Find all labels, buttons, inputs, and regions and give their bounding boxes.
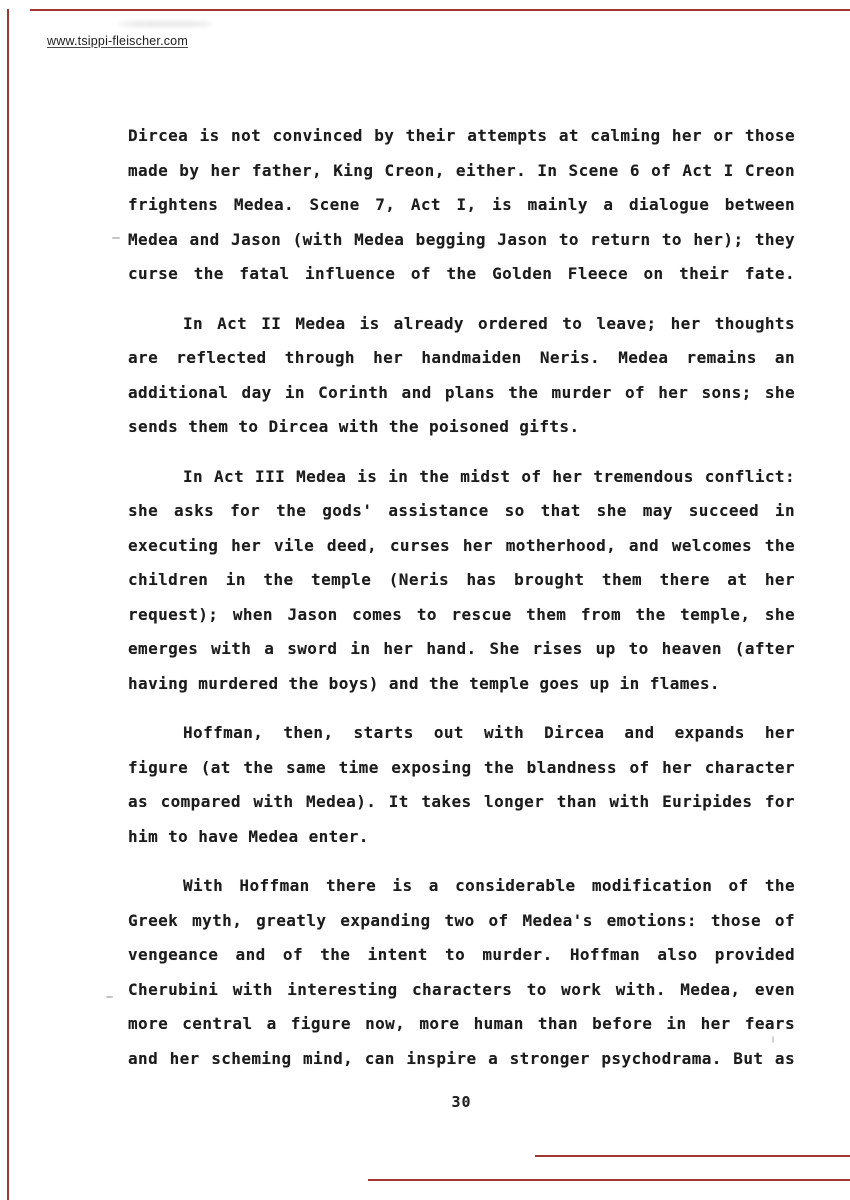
annotation-line-top	[30, 9, 850, 11]
text-block: Dircea is not convinced by their attempt…	[128, 119, 795, 1076]
text-line: curse the fatal influence of the Golden …	[128, 257, 795, 292]
text-line: additional day in Corinth and plans the …	[128, 376, 795, 411]
text-line: are reflected through her handmaiden Ner…	[128, 341, 795, 376]
page-number: 30	[128, 1093, 795, 1111]
text-line: she asks for the gods' assistance so tha…	[128, 494, 795, 529]
document-page: www.tsippi-fleischer.com Dircea is not c…	[0, 0, 850, 1200]
text-line: figure (at the same time exposing the bl…	[128, 751, 795, 786]
text-line: him to have Medea enter.	[128, 820, 795, 855]
paragraph: Dircea is not convinced by their attempt…	[128, 119, 795, 292]
scan-smudge-artifact	[118, 21, 213, 27]
scan-dash-artifact	[112, 237, 120, 239]
paragraph: With Hoffman there is a considerable mod…	[128, 869, 795, 1076]
text-line: vengeance and of the intent to murder. H…	[128, 938, 795, 973]
text-line: Medea and Jason (with Medea begging Jaso…	[128, 223, 795, 258]
paragraph: Hoffman, then, starts out with Dircea an…	[128, 716, 795, 854]
text-line: With Hoffman there is a considerable mod…	[128, 869, 795, 904]
annotation-line-bottom-1	[535, 1155, 850, 1157]
text-line: and her scheming mind, can inspire a str…	[128, 1042, 795, 1077]
text-line: more central a figure now, more human th…	[128, 1007, 795, 1042]
text-line: frightens Medea. Scene 7, Act I, is main…	[128, 188, 795, 223]
text-line: In Act III Medea is in the midst of her …	[128, 460, 795, 495]
paragraph: In Act II Medea is already ordered to le…	[128, 307, 795, 445]
text-line: Cherubini with interesting characters to…	[128, 973, 795, 1008]
text-line: made by her father, King Creon, either. …	[128, 154, 795, 189]
scan-dash-artifact	[106, 996, 113, 998]
text-line: Hoffman, then, starts out with Dircea an…	[128, 716, 795, 751]
annotation-line-left	[7, 9, 9, 1200]
header-url: www.tsippi-fleischer.com	[47, 34, 188, 48]
text-line: emerges with a sword in her hand. She ri…	[128, 632, 795, 667]
text-line: Dircea is not convinced by their attempt…	[128, 119, 795, 154]
text-line: sends them to Dircea with the poisoned g…	[128, 410, 795, 445]
paragraph: In Act III Medea is in the midst of her …	[128, 460, 795, 702]
text-line: as compared with Medea). It takes longer…	[128, 785, 795, 820]
annotation-line-bottom-2	[368, 1179, 850, 1181]
text-line: In Act II Medea is already ordered to le…	[128, 307, 795, 342]
text-line: Greek myth, greatly expanding two of Med…	[128, 904, 795, 939]
text-line: children in the temple (Neris has brough…	[128, 563, 795, 598]
text-line: having murdered the boys) and the temple…	[128, 667, 795, 702]
text-line: request); when Jason comes to rescue the…	[128, 598, 795, 633]
text-line: executing her vile deed, curses her moth…	[128, 529, 795, 564]
